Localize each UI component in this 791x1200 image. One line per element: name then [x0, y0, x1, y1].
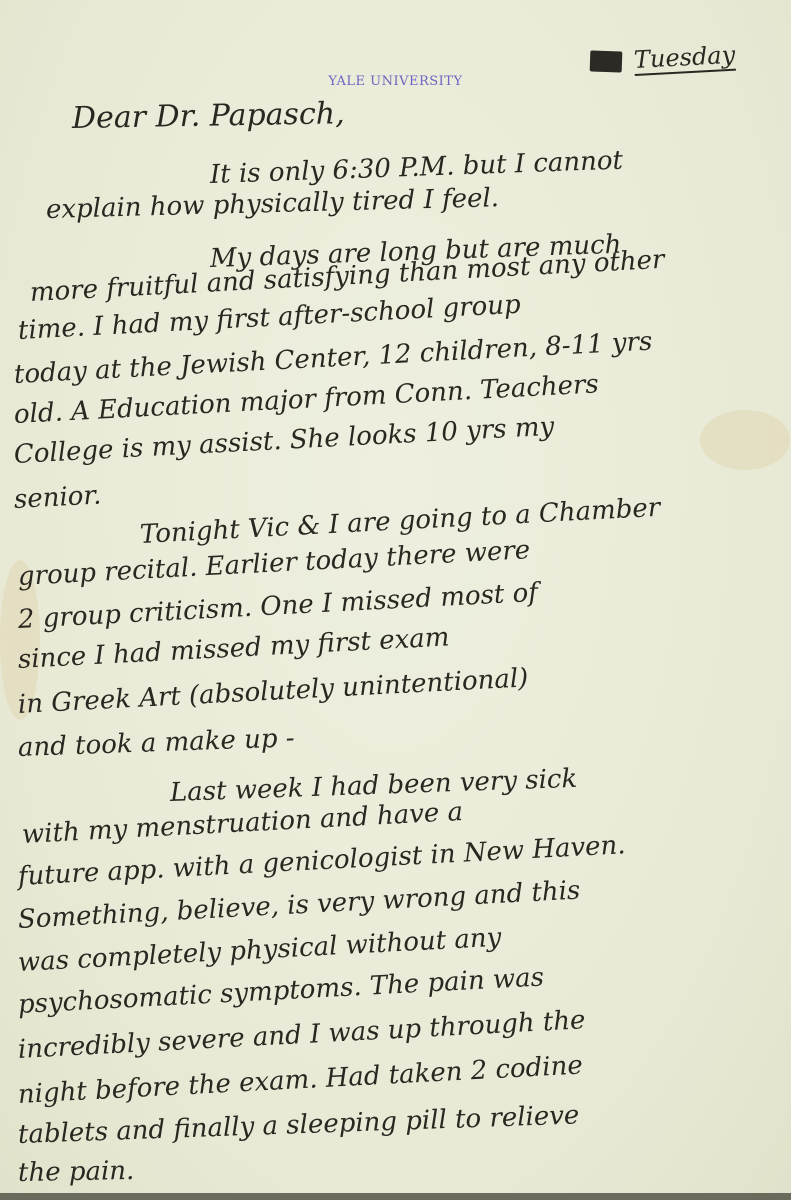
redaction-mark — [590, 50, 623, 72]
paper-stain — [700, 410, 790, 470]
scan-edge — [0, 1193, 791, 1200]
letterhead: YALE UNIVERSITY — [0, 74, 791, 89]
letter-line: senior. — [13, 480, 102, 515]
letter-line: and took a make up - — [17, 723, 295, 763]
letter-line: the pain. — [18, 1156, 135, 1188]
letter-line: in Greek Art (absolutely unintentional) — [17, 663, 529, 720]
letter-line: explain how physically tired I feel. — [46, 183, 500, 225]
salutation: Dear Dr. Papasch, — [72, 96, 345, 136]
letter-date: Tuesday — [633, 41, 736, 74]
letter-line: It is only 6:30 P.M. but I cannot — [209, 146, 623, 190]
letter-page: Tuesday YALE UNIVERSITY Dear Dr. Papasch… — [0, 0, 791, 1196]
letter-line: tablets and finally a sleeping pill to r… — [17, 1100, 579, 1150]
